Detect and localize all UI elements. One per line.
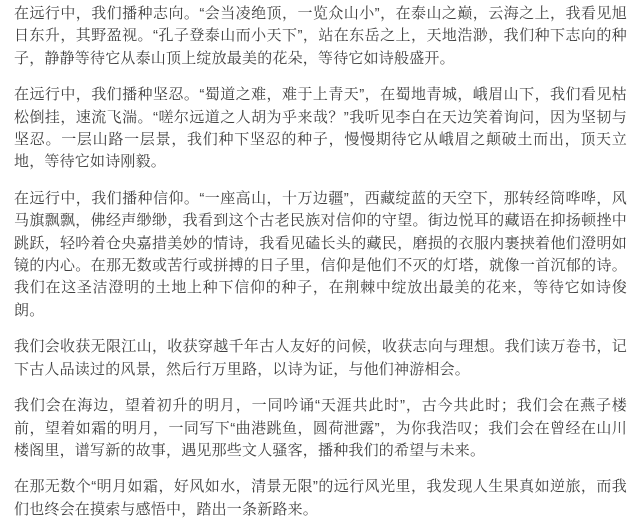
paragraph-harvest: 我们会收获无限江山，收获穿越千年古人友好的问候，收获志向与理想。我们读万卷书，记…: [14, 336, 627, 381]
paragraph-perseverance: 在远行中，我们播种坚忍。“蜀道之难，难于上青天”，在蜀地青城，峨眉山下，我们看见…: [14, 84, 627, 174]
paragraph-conclusion: 在那无数个“明月如霜，好风如水，清景无限”的远行风光里，我发现人生果真如逆旅，而…: [14, 476, 627, 519]
paragraph-faith: 在远行中，我们播种信仰。“一座高山，十万边疆”，西藏绽蓝的天空下，那转经筒哗哗，…: [14, 188, 627, 322]
paragraph-ambition: 在远行中，我们播种志向。“会当凌绝顶，一览众山小”，在泰山之巅，云海之上，我看见…: [14, 3, 627, 70]
paragraph-moon: 我们会在海边，望着初升的明月，一同吟诵“天涯共此时”，古今共此时；我们会在燕子楼…: [14, 395, 627, 462]
article-body: 在远行中，我们播种志向。“会当凌绝顶，一览众山小”，在泰山之巅，云海之上，我看见…: [0, 0, 640, 519]
